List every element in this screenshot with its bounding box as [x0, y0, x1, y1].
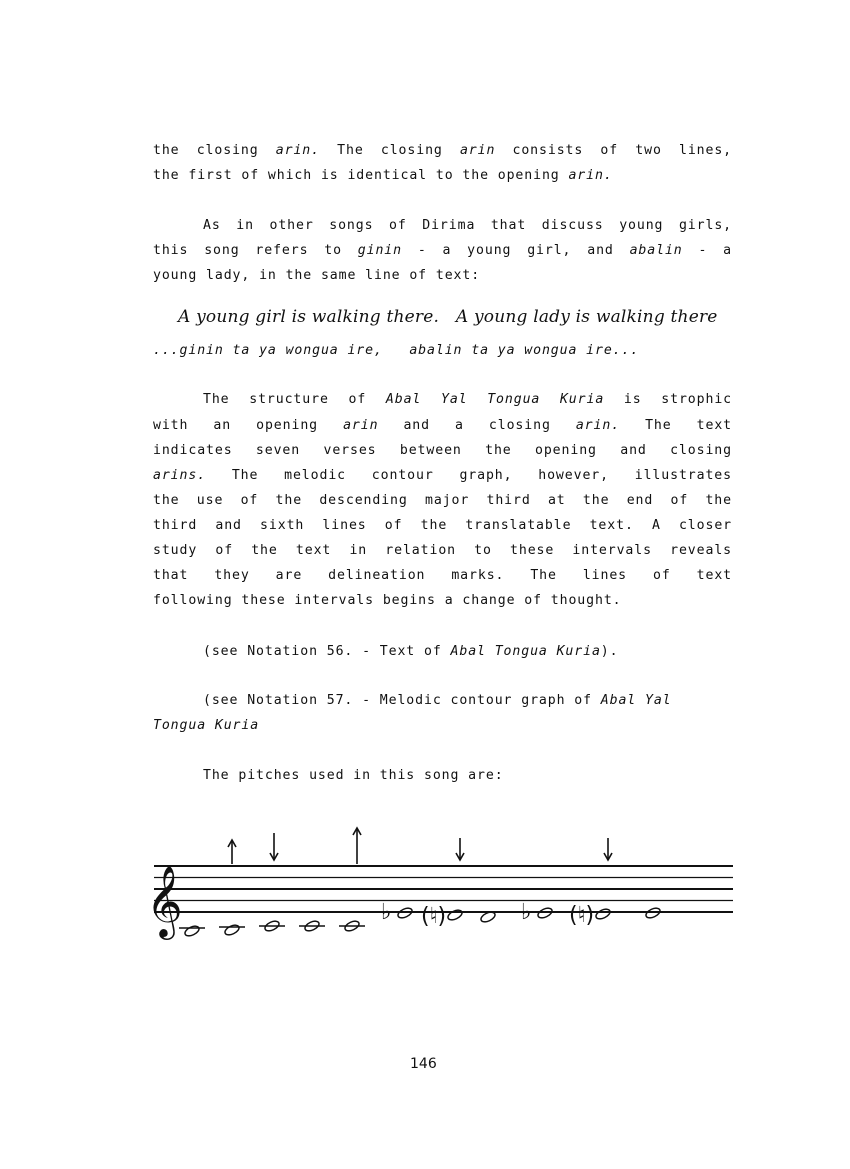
- arrow-down-icon: [604, 838, 612, 860]
- whole-note: [184, 924, 201, 938]
- natural-icon: (♮): [421, 904, 446, 929]
- music-staff: 𝄞♭(♮)♭(♮): [0, 0, 850, 1000]
- arrow-up-icon: [228, 840, 236, 864]
- arrow-up-icon: [353, 828, 361, 864]
- flat-icon: ♭: [381, 900, 391, 925]
- treble-clef-icon: 𝄞: [146, 864, 183, 940]
- flat-icon: ♭: [521, 900, 531, 925]
- whole-note: [447, 908, 464, 922]
- arrow-down-icon: [270, 833, 278, 860]
- page-number: 146: [410, 1056, 437, 1072]
- arrow-down-icon: [456, 838, 464, 860]
- whole-note: [224, 923, 241, 937]
- natural-icon: (♮): [569, 903, 594, 928]
- whole-note: [595, 907, 612, 921]
